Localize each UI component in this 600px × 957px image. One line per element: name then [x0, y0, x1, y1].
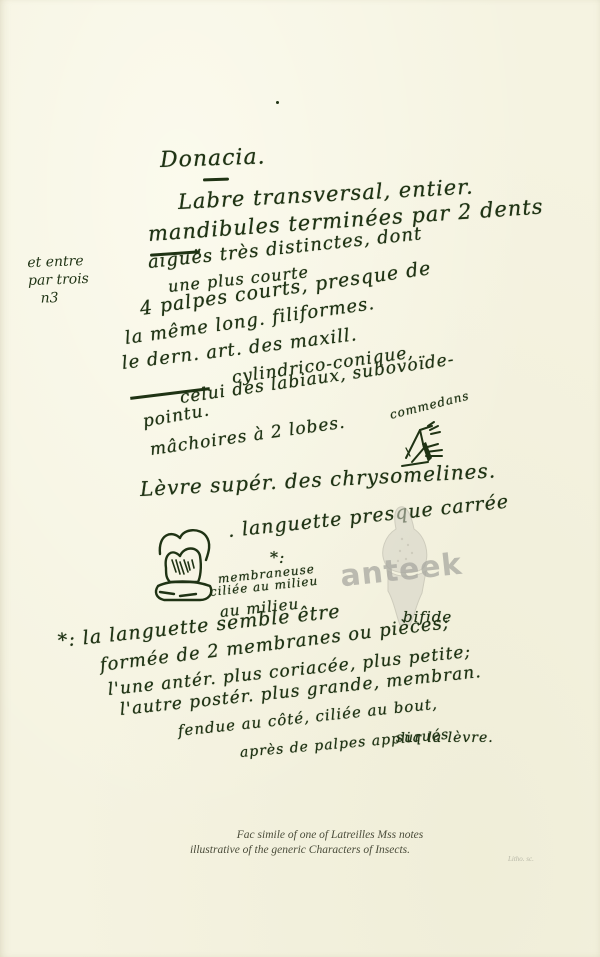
margin-note: et entre par trois n3	[27, 252, 90, 308]
engraver-mark: Litho. sc.	[508, 855, 534, 863]
line-sur-la-levre: sur la lèvre.	[396, 730, 494, 746]
manuscript-page: Donacia. Labre transversal, entier. mand…	[0, 0, 600, 957]
heading-genus: Donacia.	[160, 144, 266, 173]
margin-note-line: n3	[28, 288, 89, 308]
caption-line-1: Fac simile of one of Latreilles Mss note…	[30, 828, 600, 843]
margin-note-line: et entre	[27, 252, 88, 272]
margin-note-line: par trois	[28, 270, 89, 290]
line-pointu: pointu.	[141, 400, 211, 431]
heading-underline	[203, 178, 229, 182]
line-commedans: commedans	[388, 388, 470, 421]
ink-dot	[276, 101, 279, 104]
line-levre: Lèvre supér. des chrysomelines.	[139, 458, 496, 501]
